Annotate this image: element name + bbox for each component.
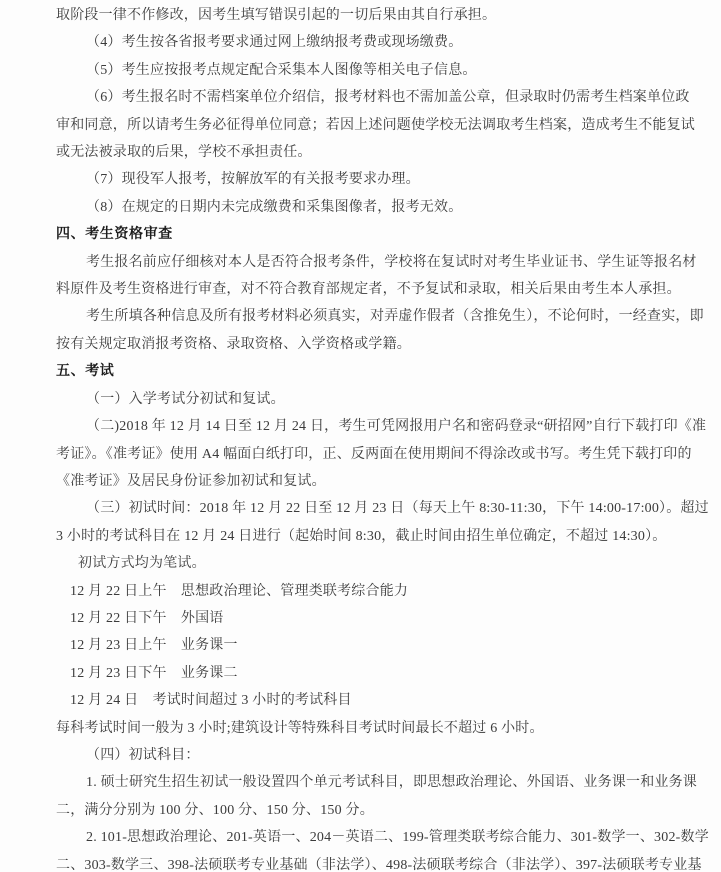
schedule-line: 12 月 24 日 考试时间超过 3 小时的考试科目 xyxy=(56,687,667,714)
subsection-line-3: （三）初试时间：2018 年 12 月 22 日至 12 月 23 日（每天上午… xyxy=(56,495,667,522)
text-line: 3 小时的考试科目在 12 月 24 日进行（起始时间 8:30，截止时间由招生… xyxy=(56,523,667,550)
list-item-5: （5）考生应按报考点规定配合采集本人图像等相关电子信息。 xyxy=(56,57,667,84)
section-heading-examination: 五、考试 xyxy=(56,358,667,385)
text-line: 二，满分分别为 100 分、100 分、150 分、150 分。 xyxy=(56,797,667,824)
list-item-6: （6）考生报名时不需档案单位介绍信，报考材料也不需加盖公章，但录取时仍需考生档案… xyxy=(56,84,667,111)
schedule-line: 12 月 22 日下午 外国语 xyxy=(56,605,667,632)
subsection-line-1: （一）入学考试分初试和复试。 xyxy=(56,386,667,413)
numbered-item-1: 1. 硕士研究生招生初试一般设置四个单元考试科目，即思想政治理论、外国语、业务课… xyxy=(56,769,667,796)
text-line: 二、303-数学三、398-法硕联考专业基础（非法学）、498-法硕联考综合（非… xyxy=(56,852,667,872)
list-item-7: （7）现役军人报考，按解放军的有关报考要求办理。 xyxy=(56,166,667,193)
subsection-line-2: （二)2018 年 12 月 14 日至 12 月 24 日，考生可凭网报用户名… xyxy=(56,413,667,440)
text-line: 或无法被录取的后果，学校不承担责任。 xyxy=(56,139,667,166)
paragraph-line: 考生所填各种信息及所有报考材料必须真实，对弄虚作假者（含推免生），不论何时，一经… xyxy=(56,303,667,330)
text-line: 考证》。《准考证》使用 A4 幅面白纸打印，正、反两面在使用期间不得涂改或书写。… xyxy=(56,441,667,468)
exam-mode-line: 初试方式均为笔试。 xyxy=(56,550,667,577)
text-line: 每科考试时间一般为 3 小时;建筑设计等特殊科目考试时间最长不超过 6 小时。 xyxy=(56,715,667,742)
section-heading-qualification-review: 四、考生资格审查 xyxy=(56,221,667,248)
text-line: 《准考证》及居民身份证参加初试和复试。 xyxy=(56,468,667,495)
numbered-item-2: 2. 101-思想政治理论、201-英语一、204－英语二、199-管理类联考综… xyxy=(56,824,667,851)
document-page: 取阶段一律不作修改，因考生填写错误引起的一切后果由其自行承担。 （4）考生按各省… xyxy=(0,0,721,872)
text-line: 按有关规定取消报考资格、录取资格、入学资格或学籍。 xyxy=(56,331,667,358)
text-line: 取阶段一律不作修改，因考生填写错误引起的一切后果由其自行承担。 xyxy=(56,2,667,29)
schedule-line: 12 月 23 日下午 业务课二 xyxy=(56,660,667,687)
text-line: 料原件及考生资格进行审查，对不符合教育部规定者，不予复试和录取，相关后果由考生本… xyxy=(56,276,667,303)
schedule-line: 12 月 22 日上午 思想政治理论、管理类联考综合能力 xyxy=(56,578,667,605)
list-item-8: （8）在规定的日期内未完成缴费和采集图像者，报考无效。 xyxy=(56,194,667,221)
schedule-line: 12 月 23 日上午 业务课一 xyxy=(56,632,667,659)
text-line: 审和同意，所以请考生务必征得单位同意；若因上述问题使学校无法调取考生档案，造成考… xyxy=(56,112,667,139)
paragraph-line: 考生报名前应仔细核对本人是否符合报考条件，学校将在复试时对考生毕业证书、学生证等… xyxy=(56,249,667,276)
list-item-4: （4）考生按各省报考要求通过网上缴纳报考费或现场缴费。 xyxy=(56,29,667,56)
subsection-line-4: （四）初试科目： xyxy=(56,742,667,769)
